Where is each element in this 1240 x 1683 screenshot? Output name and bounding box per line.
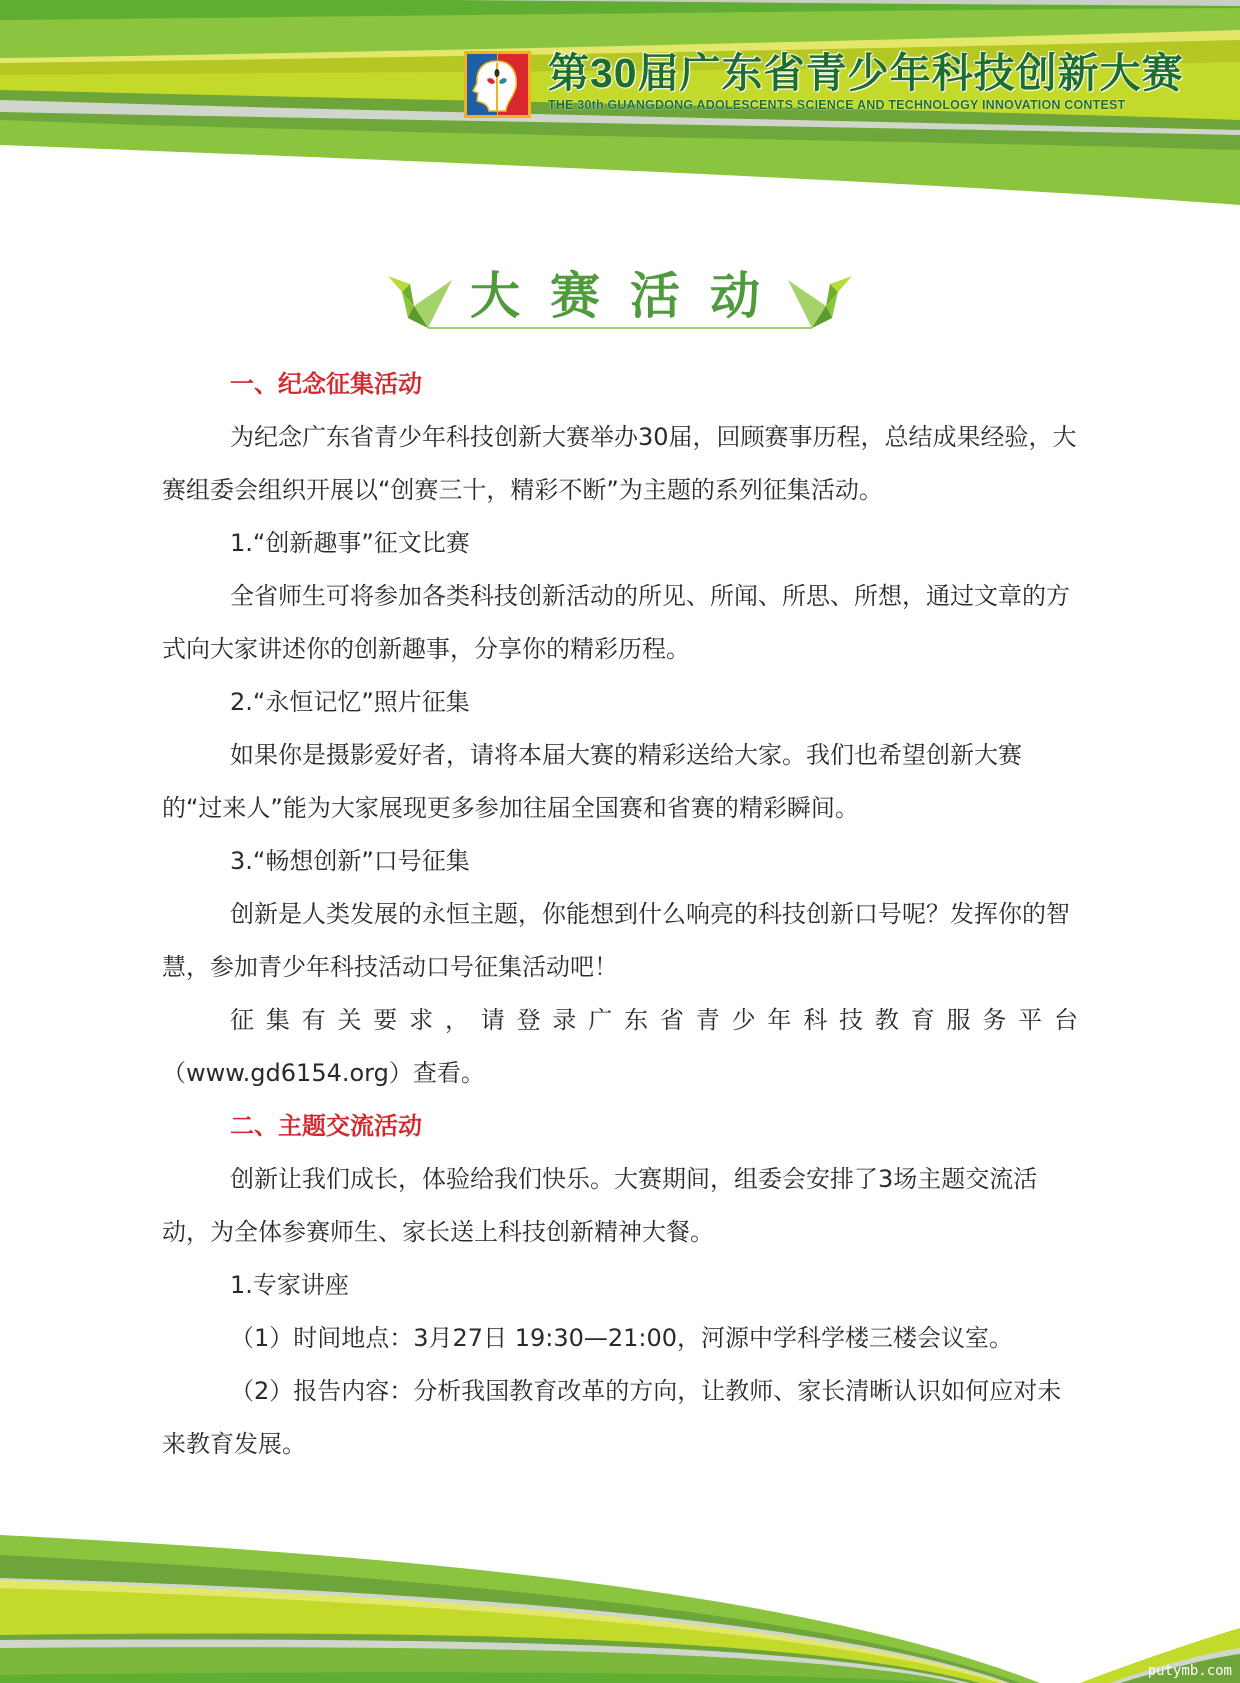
head-sprout-logo-icon — [464, 51, 531, 118]
banner-title: 大赛活动 — [470, 266, 770, 326]
item-title: 2.“永恒记忆”照片征集 — [162, 676, 1078, 729]
watermark: putymb.com — [1148, 1663, 1232, 1679]
item-title: 1.专家讲座 — [162, 1259, 1078, 1312]
item-detail: （1）时间地点：3月27日 19:30—21:00，河源中学科学楼三楼会议室。 — [162, 1312, 1078, 1365]
submission-link[interactable]: （www.gd6154.org）查看。 — [162, 1047, 1078, 1100]
section-intro: 创新让我们成长，体验给我们快乐。大赛期间，组委会安排了3场主题交流活动，为全体参… — [162, 1153, 1078, 1259]
item-title: 1.“创新趣事”征文比赛 — [162, 517, 1078, 570]
top-stripe-decoration — [0, 0, 1240, 240]
origami-bird-icon-left — [388, 276, 452, 328]
bottom-stripe-decoration — [0, 1500, 1240, 1683]
contest-subtitle: THE 30th GUANGDONG ADOLESCENTS SCIENCE A… — [548, 98, 1125, 112]
origami-bird-icon-right — [788, 276, 852, 328]
document-body: 一、纪念征集活动 为纪念广东省青少年科技创新大赛举办30届，回顾赛事历程，总结成… — [162, 358, 1078, 1471]
item-detail: （2）报告内容：分析我国教育改革的方向，让教师、家长清晰认识如何应对未来教育发展… — [162, 1365, 1078, 1471]
item-body: 如果你是摄影爱好者，请将本届大赛的精彩送给大家。我们也希望创新大赛的“过来人”能… — [162, 729, 1078, 835]
submission-note: 征集有关要求，请登录广东省青少年科技教育服务平台 — [162, 994, 1078, 1047]
section-heading: 一、纪念征集活动 — [162, 358, 1078, 411]
item-body: 全省师生可将参加各类科技创新活动的所见、所闻、所思、所想，通过文章的方式向大家讲… — [162, 570, 1078, 676]
item-body: 创新是人类发展的永恒主题，你能想到什么响亮的科技创新口号呢？发挥你的智慧，参加青… — [162, 888, 1078, 994]
item-title: 3.“畅想创新”口号征集 — [162, 835, 1078, 888]
contest-title: 第30届广东省青少年科技创新大赛 — [548, 50, 1184, 96]
section-heading: 二、主题交流活动 — [162, 1100, 1078, 1153]
section-intro: 为纪念广东省青少年科技创新大赛举办30届，回顾赛事历程，总结成果经验，大赛组委会… — [162, 411, 1078, 517]
